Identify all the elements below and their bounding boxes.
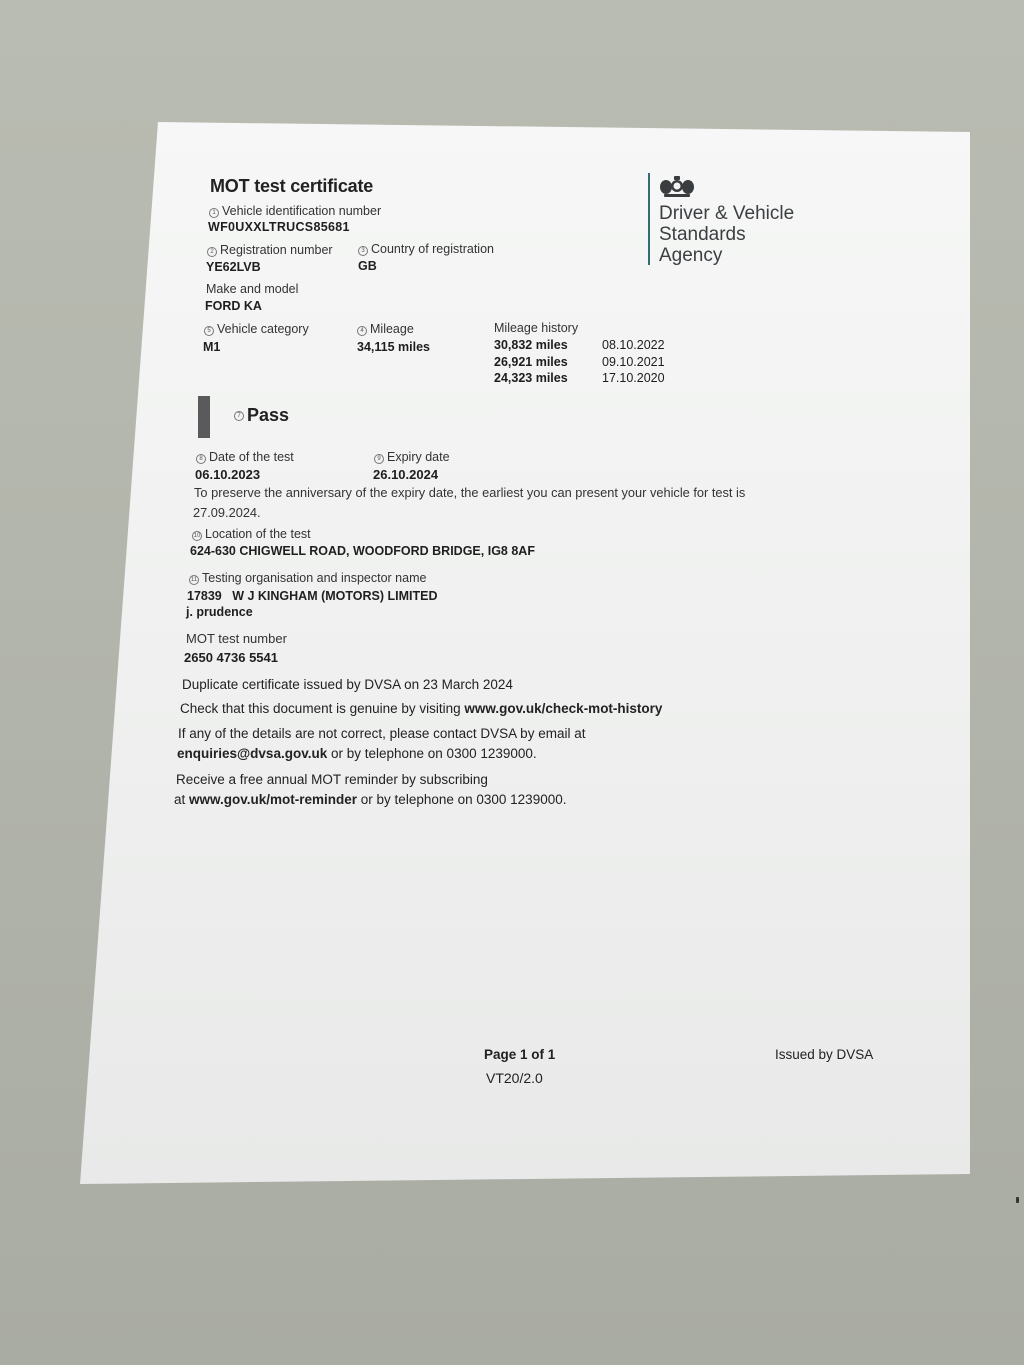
- test-date-label: 8Date of the test: [196, 450, 294, 464]
- test-number-label: MOT test number: [186, 631, 287, 646]
- check-mot-history-link[interactable]: www.gov.uk/check-mot-history: [464, 701, 662, 716]
- field-number-icon: 9: [374, 454, 384, 464]
- vin-label: 1Vehicle identification number: [209, 204, 381, 218]
- page-number: Page 1 of 1: [484, 1047, 555, 1062]
- location-value: 624-630 CHIGWELL ROAD, WOODFORD BRIDGE, …: [190, 544, 535, 558]
- field-number-icon: 11: [189, 575, 199, 585]
- field-number-icon: 4: [357, 326, 367, 336]
- result-bar: [198, 396, 210, 438]
- mileage-history-list: 30,832 miles08.10.2022 26,921 miles09.10…: [494, 337, 665, 387]
- mileage-history-row: 30,832 miles08.10.2022: [494, 337, 665, 354]
- registration-label: 2Registration number: [207, 243, 333, 257]
- field-number-icon: 8: [196, 454, 206, 464]
- inspector-name: j. prudence: [186, 605, 253, 619]
- check-note: Check that this document is genuine by v…: [180, 701, 662, 716]
- field-number-icon: 3: [358, 246, 368, 256]
- form-code: VT20/2.0: [486, 1070, 543, 1086]
- mileage-value: 34,115 miles: [357, 340, 430, 354]
- vehicle-category-value: M1: [203, 340, 220, 354]
- mileage-history-row: 26,921 miles09.10.2021: [494, 354, 665, 371]
- registration-value: YE62LVB: [206, 260, 261, 274]
- surface-speck: [1016, 1197, 1019, 1203]
- agency-name: Driver & Vehicle Standards Agency: [659, 203, 794, 266]
- organisation-label: 11Testing organisation and inspector nam…: [189, 571, 426, 585]
- test-date-value: 06.10.2023: [195, 467, 260, 482]
- field-number-icon: 2: [207, 247, 217, 257]
- location-label: 10Location of the test: [192, 527, 311, 541]
- duplicate-note: Duplicate certificate issued by DVSA on …: [182, 677, 513, 692]
- result: 7Pass: [234, 405, 289, 426]
- mileage-history-label: Mileage history: [494, 321, 578, 335]
- make-model-value: FORD KA: [205, 299, 262, 313]
- vin-value: WF0UXXLTRUCS85681: [208, 220, 350, 234]
- organisation-value: 17839 W J KINGHAM (MOTORS) LIMITED: [187, 589, 438, 603]
- field-number-icon: 5: [204, 326, 214, 336]
- certificate-title: MOT test certificate: [210, 176, 373, 197]
- dvsa-logo-rule: [648, 173, 650, 265]
- royal-crest-icon: [658, 174, 696, 200]
- expiry-date-value: 26.10.2024: [373, 467, 438, 482]
- mot-reminder-link[interactable]: www.gov.uk/mot-reminder: [189, 792, 357, 807]
- enquiries-email-link[interactable]: enquiries@dvsa.gov.uk: [177, 746, 327, 761]
- contact-note-line2: enquiries@dvsa.gov.uk or by telephone on…: [177, 746, 537, 761]
- field-number-icon: 10: [192, 531, 202, 541]
- reminder-note-line1: Receive a free annual MOT reminder by su…: [176, 772, 488, 787]
- country-value: GB: [358, 259, 377, 273]
- test-number-value: 2650 4736 5541: [184, 650, 278, 665]
- vehicle-category-label: 5Vehicle category: [204, 322, 309, 336]
- field-number-icon: 1: [209, 208, 219, 218]
- country-label: 3Country of registration: [358, 242, 494, 256]
- contact-note-line1: If any of the details are not correct, p…: [178, 726, 585, 741]
- mileage-history-row: 24,323 miles17.10.2020: [494, 370, 665, 387]
- make-model-label: Make and model: [206, 282, 298, 296]
- reminder-note-line2: at www.gov.uk/mot-reminder or by telepho…: [174, 792, 566, 807]
- result-status: Pass: [247, 405, 289, 425]
- anniversary-note: To preserve the anniversary of the expir…: [194, 485, 745, 500]
- expiry-date-label: 9Expiry date: [374, 450, 450, 464]
- anniversary-date: 27.09.2024.: [193, 505, 261, 520]
- field-number-icon: 7: [234, 411, 244, 421]
- issuer: Issued by DVSA: [775, 1047, 873, 1062]
- mileage-label: 4Mileage: [357, 322, 414, 336]
